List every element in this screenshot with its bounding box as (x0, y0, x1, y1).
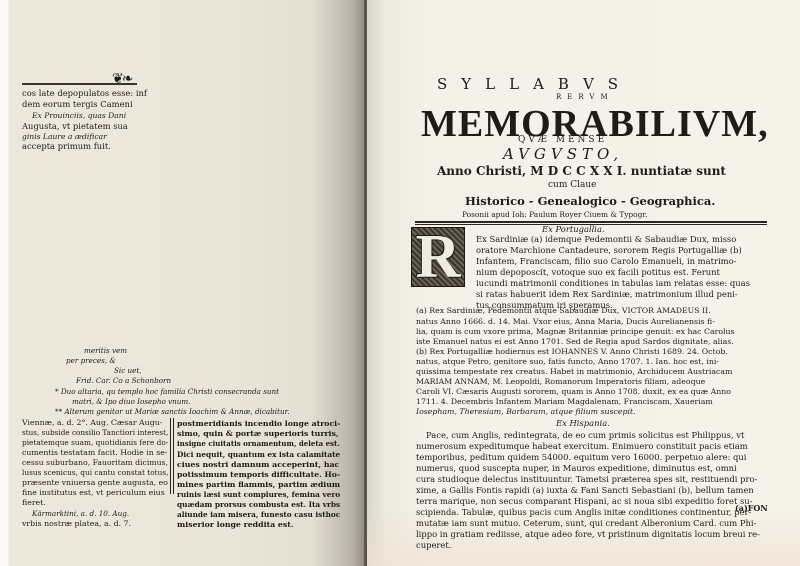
note-line: iste Emanuel natus ei est Anno 1701. Sed… (416, 337, 734, 347)
text-line: Pace, cum Anglis, redintegrata, de eo cu… (426, 430, 744, 441)
text-line: cos late depopulatos esse: inf (22, 88, 147, 99)
decorated-initial: R (411, 227, 465, 287)
note-line: natus, atque Petro, genitore suo, fatis … (416, 357, 719, 367)
note-line: (b) Rex Portugalliæ hodiernus est IOHANN… (416, 347, 728, 357)
text-line: cuperet. (416, 540, 451, 551)
text-line: vrbis nostræ platea, a. d. 7. (22, 518, 131, 529)
column-rule (170, 418, 171, 494)
imprint-line: Posonii apud Ioh: Paulum Royer Ciuem & T… (462, 210, 647, 219)
text-line: insigne ciuitatis ornamentum, deleta est… (177, 438, 340, 449)
footnote-line: Frid. Car. Co a Schonborn (76, 376, 171, 386)
footnote-line: * Duo altaria, qu templo hoc familia Chr… (55, 387, 279, 397)
title-rerum: RERVM (556, 93, 614, 101)
text-line: oratore Marchione Cantadeure, sororem Re… (476, 245, 742, 256)
text-line: Ex Sardiniæ (a) idemque Pedemontii & Sab… (476, 234, 736, 245)
text-line: temporibus, peditum quidem 54000. equitu… (416, 452, 747, 463)
text-line: fieret. (22, 497, 46, 508)
title-cum-claue: cum Claue (548, 180, 597, 190)
text-line: numerus, quod suscepta nuper, in Mauros … (416, 463, 737, 474)
note-line: (a) Rex Sardiniæ, Pedemontii atque Sabau… (416, 306, 711, 316)
footnote-line: ** Alterum genitor ut Mariæ sanctis Ioac… (55, 407, 290, 417)
note-line: quissima tempestate rex creatus. Habet i… (416, 367, 732, 377)
note-line: Caroli VI. Cæsaris Augusti sororem, quam… (416, 387, 731, 397)
text-line: dem eorum tergis Cameni (22, 99, 133, 110)
footnote-line: matri, & Ipo diuo Iosepho vnum. (72, 397, 191, 407)
text-line: scipienda. Tabulæ, quibus pacis cum Angl… (416, 507, 751, 518)
text-line: nium depoposcit, votoque suo ex facili p… (476, 267, 720, 278)
title-month: AVGVSTO, (503, 145, 623, 163)
note-line: MARIAM ANNAM, M. Leopoldi, Romanorum Imp… (416, 377, 705, 387)
column-rule (173, 418, 174, 494)
text-line: Ex Prouinciis, quas Dani (32, 110, 126, 121)
dropcap-letter: R (412, 222, 464, 293)
note-line: 1711. 4. Decembris Infantem Mariam Magda… (416, 397, 713, 407)
header-rule (22, 83, 137, 85)
note-line: lia, quam is cum vxore prima, Magnæ Brit… (416, 327, 735, 337)
title-rule (415, 221, 767, 223)
text-line: si ratas habuerit idem Rex Sardiniæ, mat… (476, 289, 738, 300)
footnote-line: Sic uet, (114, 366, 142, 376)
text-line: cura studioque delectus instituuntur. Ta… (416, 474, 757, 485)
text-line: xime, a Gallis Fontis rapidi (a) iuxta &… (416, 485, 754, 496)
text-line: Infantem, Franciscam, filio suo Carolo E… (476, 256, 736, 267)
text-line: iucundi matrimonii conditiones in tabula… (476, 278, 750, 289)
note-line: natus Anno 1666. d. 14. Mai. Vxor eius, … (416, 317, 715, 327)
footnote-line: per preces, & (66, 356, 116, 366)
section-heading-spain: Ex Hispania. (556, 418, 610, 428)
text-line: accepta primum fuit. (22, 141, 111, 152)
title-subject: Historico - Genealogico - Geographica. (465, 194, 715, 208)
text-line: mutatæ iam sunt mutuo. Ceterum, sunt, qu… (416, 518, 756, 529)
text-line: lippo in gratiam rediisse, atque adeo fo… (416, 529, 760, 540)
footnote-line: meritis vem (84, 346, 127, 356)
catchword: (a)FON (735, 503, 768, 513)
note-line: Iosepham, Theresiam, Barbaram, atque fil… (416, 407, 636, 417)
title-quae-mense: QVÆ MENSE (518, 135, 607, 145)
title-year-line: Anno Christi, M D C C X X I. nuntiatæ su… (437, 164, 726, 178)
text-line: numerosum expeditumque habeat exercitum.… (416, 441, 748, 452)
section-heading-portugal: Ex Portugallia. (542, 224, 605, 234)
text-line: miserior longe reddita est. (177, 519, 294, 530)
text-line: terra marique, non secus comparant Hispa… (416, 496, 753, 507)
title-syllabus: SYLLABVS (437, 75, 632, 93)
